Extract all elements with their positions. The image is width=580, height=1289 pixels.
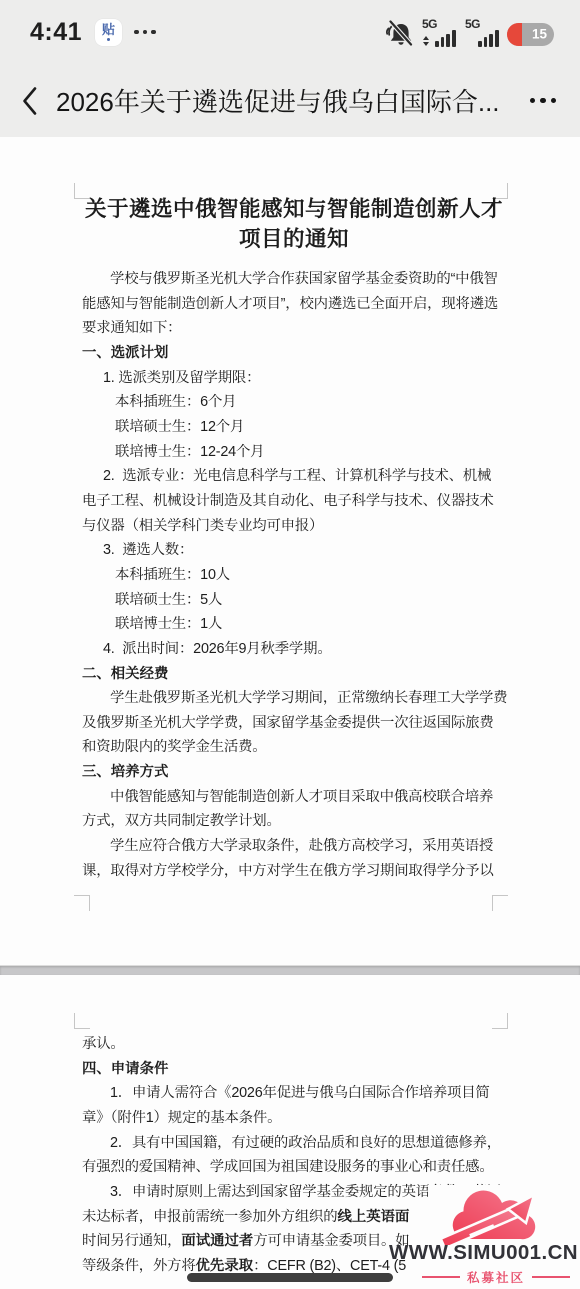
doc-line: 能感知与智能制造创新人才项目”，校内遴选已全面开启，现将遴选 [82, 292, 506, 317]
doc-line: 要求通知如下： [82, 316, 506, 341]
doc-title-line: 关于遴选中俄智能感知与智能制造创新人才 [82, 194, 506, 224]
doc-heading-line: 二、相关经费 [82, 662, 506, 687]
doc-heading-line: 一、选派计划 [82, 341, 506, 366]
cloud-up-arrow-icon [430, 1189, 550, 1245]
data-arrows-icon [423, 36, 429, 46]
margin-mark-bottom-right [492, 895, 508, 911]
status-icons: 5G 5G 15 [384, 17, 554, 48]
doc-title-line: 项目的通知 [82, 224, 506, 254]
doc-line: 学生应符合俄方大学录取条件，赴俄方高校学习，采用英语授 [82, 834, 506, 859]
doc-line: 承认。 [82, 1032, 506, 1057]
doc-line: 1．申请人需符合《2026年促进与俄乌白国际合作培养项目简 [82, 1081, 506, 1106]
document-title: 2026年关于遴选促进与俄乌白国际合... [56, 82, 520, 119]
signal-sim2-icon: 5G [464, 17, 499, 48]
sim1-network-type: 5G [422, 17, 437, 31]
doc-line: 学生赴俄罗斯圣光机大学学习期间，正常缴纳长春理工大学学费 [82, 686, 506, 711]
doc-line: 联培硕士生：12个月 [82, 415, 506, 440]
doc-line: 方式，双方共同制定教学计划。 [82, 809, 506, 834]
doc-line: 中俄智能感知与智能制造创新人才项目采取中俄高校联合培养 [82, 785, 506, 810]
watermark: WWW.SIMU001.CN 私募社区 [384, 1185, 580, 1289]
page-separator [0, 965, 580, 975]
status-bar: 4:41 贴 5G 5G 15 [0, 0, 580, 64]
doc-line: 联培博士生：1人 [82, 612, 506, 637]
doc-line: 电子工程、机械设计制造及其自动化、电子科学与技术、仪器技术 [82, 489, 506, 514]
back-button[interactable] [18, 84, 42, 118]
page-1-content: 关于遴选中俄智能感知与智能制造创新人才项目的通知学校与俄罗斯圣光机大学合作获国家… [82, 137, 506, 883]
doc-line: 与仪器（相关学科门类专业均可申报） [82, 514, 506, 539]
doc-line: 3. 遴选人数： [82, 538, 506, 563]
doc-line: 课，取得对方学校学分，中方对学生在俄方学习期间取得学分予以 [82, 859, 506, 884]
battery-icon: 15 [507, 23, 554, 46]
clipboard-badge[interactable]: 贴 [95, 19, 122, 46]
signal-sim1-icon: 5G [421, 17, 456, 48]
doc-line: 1. 选派类别及留学期限： [82, 366, 506, 391]
notifications-muted-icon [384, 20, 413, 47]
doc-line: 有强烈的爱国精神、学成回国为祖国建设服务的事业心和责任感。 [82, 1155, 506, 1180]
battery-percent: 15 [532, 27, 547, 42]
clipboard-badge-label: 贴 [102, 23, 115, 36]
sim2-network-type: 5G [465, 17, 480, 31]
doc-line: 本科插班生：10人 [82, 563, 506, 588]
doc-line: 2．具有中国国籍，有过硬的政治品质和良好的思想道德修养， [82, 1131, 506, 1156]
clock: 4:41 [30, 18, 82, 47]
document-scroll-area[interactable]: 关于遴选中俄智能感知与智能制造创新人才项目的通知学校与俄罗斯圣光机大学合作获国家… [0, 137, 580, 1289]
chevron-left-icon [20, 85, 40, 117]
doc-line: 及俄罗斯圣光机大学学费，国家留学基金委提供一次往返国际旅费 [82, 711, 506, 736]
more-options-button[interactable] [530, 98, 557, 104]
margin-mark-bottom-left [74, 895, 90, 911]
doc-heading-line: 三、培养方式 [82, 760, 506, 785]
nav-bar: 2026年关于遴选促进与俄乌白国际合... [0, 64, 580, 137]
doc-line: 和资助限内的奖学金生活费。 [82, 735, 506, 760]
doc-line: 本科插班生：6个月 [82, 390, 506, 415]
document-page-1: 关于遴选中俄智能感知与智能制造创新人才项目的通知学校与俄罗斯圣光机大学合作获国家… [0, 137, 580, 965]
home-indicator[interactable] [187, 1273, 393, 1282]
doc-line: 4. 派出时间：2026年9月秋季学期。 [82, 637, 506, 662]
status-more-dots-icon [134, 30, 156, 35]
doc-line: 联培硕士生：5人 [82, 588, 506, 613]
doc-heading-line: 四、申请条件 [82, 1057, 506, 1082]
battery-level-fill [507, 23, 522, 46]
doc-line: 2. 选派专业：光电信息科学与工程、计算机科学与技术、机械 [82, 464, 506, 489]
watermark-tag-text: 私募社区 [422, 1268, 570, 1286]
watermark-site-text: WWW.SIMU001.CN [389, 1241, 578, 1265]
doc-line: 章》（附件1）规定的基本条件。 [82, 1106, 506, 1131]
clipboard-badge-dot [107, 38, 110, 41]
doc-line: 学校与俄罗斯圣光机大学合作获国家留学基金委资助的“中俄智 [82, 267, 506, 292]
doc-line: 联培博士生：12-24个月 [82, 440, 506, 465]
